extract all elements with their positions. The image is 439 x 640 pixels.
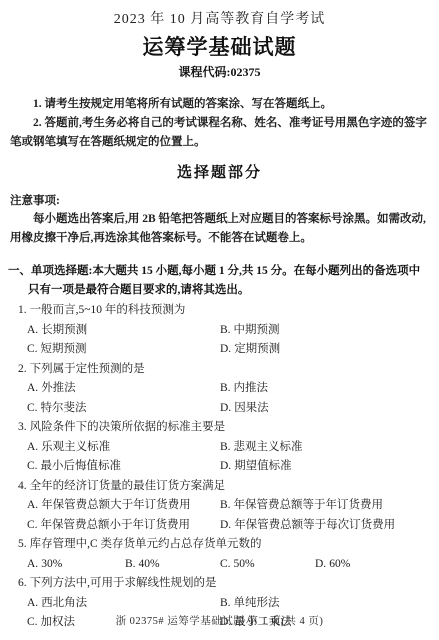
option-text: 乐观主义标准 [41, 441, 110, 453]
option-text: 悲观主义标准 [234, 441, 303, 453]
option-a: A.西北角法 [27, 594, 220, 614]
option-text: 年保管费总额小于年订货费用 [41, 519, 191, 531]
option-text: 因果法 [234, 402, 269, 414]
option-text: 最小后悔值标准 [41, 460, 122, 472]
question-text: 下列属于定性预测的是 [30, 363, 145, 375]
option-label: C. [27, 460, 38, 472]
option-label: A. [27, 558, 38, 570]
option-text: 西北角法 [41, 597, 87, 609]
question-number: 1. [18, 304, 27, 316]
option-label: C. [27, 519, 38, 531]
option-grid: A.30% B.40% C.50% D.60% [0, 555, 439, 575]
question-number: 6. [18, 577, 27, 589]
question-stem: 6.下列方法中,可用于求解线性规划的是 [0, 574, 439, 594]
question-stem: 2.下列属于定性预测的是 [0, 360, 439, 380]
notice-body: 每小题选出答案后,用 2B 铅笔把答题纸上对应题目的答案标号涂黑。如需改动,用橡… [0, 210, 439, 248]
question-stem: 3.风险条件下的决策所依据的标准主要是 [0, 418, 439, 438]
option-label: A. [27, 382, 38, 394]
option-label: B. [125, 558, 136, 570]
paper-title: 运筹学基础试题 [0, 35, 439, 60]
option-label: B. [220, 597, 231, 609]
question-1: 1.一般而言,5~10 年的科技预测为 A.长期预测 B.中期预测 C.短期预测… [0, 301, 439, 360]
option-text: 年保管费总额大于年订货费用 [41, 499, 191, 511]
option-c: C.最小后悔值标准 [27, 457, 220, 477]
option-text: 30% [41, 558, 62, 570]
course-code: 课程代码:02375 [0, 65, 439, 80]
question-stem: 1.一般而言,5~10 年的科技预测为 [0, 301, 439, 321]
option-label: B. [220, 499, 231, 511]
option-text: 40% [139, 558, 160, 570]
option-d: D.期望值标准 [220, 457, 439, 477]
option-b: B.单纯形法 [220, 594, 439, 614]
option-label: B. [220, 382, 231, 394]
notice-label: 注意事项: [0, 192, 439, 210]
option-label: D. [315, 558, 326, 570]
option-b: B.40% [125, 555, 220, 575]
option-label: D. [220, 402, 231, 414]
instruction-item-2: 2. 答题前,考生务必将自己的考试课程名称、姓名、准考证号用黑色字迹的签字笔或钢… [0, 114, 439, 152]
option-text: 60% [329, 558, 350, 570]
option-label: D. [220, 519, 231, 531]
option-a: A.30% [27, 555, 125, 575]
option-b: B.内推法 [220, 379, 439, 399]
option-text: 内推法 [234, 382, 269, 394]
option-b: B.年保管费总额等于年订货费用 [220, 496, 439, 516]
option-label: A. [27, 441, 38, 453]
option-d: D.年保管费总额等于每次订货费用 [220, 516, 439, 536]
question-text: 下列方法中,可用于求解线性规划的是 [30, 577, 217, 589]
question-text: 一般而言,5~10 年的科技预测为 [30, 304, 186, 316]
question-number: 3. [18, 421, 27, 433]
question-stem: 4.全年的经济订货量的最佳订货方案满足 [0, 477, 439, 497]
option-grid: A.外推法 B.内推法 C.特尔斐法 D.因果法 [0, 379, 439, 418]
option-text: 长期预测 [41, 324, 87, 336]
option-text: 年保管费总额等于每次订货费用 [234, 519, 395, 531]
question-3: 3.风险条件下的决策所依据的标准主要是 A.乐观主义标准 B.悲观主义标准 C.… [0, 418, 439, 477]
option-text: 中期预测 [234, 324, 280, 336]
option-label: A. [27, 499, 38, 511]
option-b: B.悲观主义标准 [220, 438, 439, 458]
option-text: 外推法 [41, 382, 76, 394]
page-footer: 浙 02375# 运筹学基础试题 第 1 页(共 4 页) [0, 615, 439, 629]
option-d: D.因果法 [220, 399, 439, 419]
section-heading: 选择题部分 [0, 163, 439, 183]
option-label: A. [27, 597, 38, 609]
option-text: 年保管费总额等于年订货费用 [234, 499, 384, 511]
option-grid: A.乐观主义标准 B.悲观主义标准 C.最小后悔值标准 D.期望值标准 [0, 438, 439, 477]
notice-block: 注意事项: 每小题选出答案后,用 2B 铅笔把答题纸上对应题目的答案标号涂黑。如… [0, 192, 439, 248]
option-b: B.中期预测 [220, 321, 439, 341]
option-grid: A.长期预测 B.中期预测 C.短期预测 D.定期预测 [0, 321, 439, 360]
option-a: A.年保管费总额大于年订货费用 [27, 496, 220, 516]
part-one-heading: 一、单项选择题:本大题共 15 小题,每小题 1 分,共 15 分。在每小题列出… [0, 262, 439, 300]
option-c: C.短期预测 [27, 340, 220, 360]
question-number: 5. [18, 538, 27, 550]
general-instructions: 1. 请考生按规定用笔将所有试题的答案涂、写在答题纸上。 2. 答题前,考生务必… [0, 95, 439, 152]
question-5: 5.库存管理中,C 类存货单元约占总存货单元数的 A.30% B.40% C.5… [0, 535, 439, 574]
option-label: D. [220, 460, 231, 472]
option-text: 单纯形法 [234, 597, 280, 609]
question-number: 2. [18, 363, 27, 375]
question-2: 2.下列属于定性预测的是 A.外推法 B.内推法 C.特尔斐法 D.因果法 [0, 360, 439, 419]
question-4: 4.全年的经济订货量的最佳订货方案满足 A.年保管费总额大于年订货费用 B.年保… [0, 477, 439, 536]
option-label: A. [27, 324, 38, 336]
option-c: C.50% [220, 555, 315, 575]
option-label: B. [220, 441, 231, 453]
question-text: 库存管理中,C 类存货单元约占总存货单元数的 [30, 538, 262, 550]
question-stem: 5.库存管理中,C 类存货单元约占总存货单元数的 [0, 535, 439, 555]
option-grid: A.年保管费总额大于年订货费用 B.年保管费总额等于年订货费用 C.年保管费总额… [0, 496, 439, 535]
option-d: D.60% [315, 555, 439, 575]
question-list: 1.一般而言,5~10 年的科技预测为 A.长期预测 B.中期预测 C.短期预测… [0, 301, 439, 633]
option-c: C.特尔斐法 [27, 399, 220, 419]
option-text: 定期预测 [234, 343, 280, 355]
question-text: 全年的经济订货量的最佳订货方案满足 [30, 480, 226, 492]
question-text: 风险条件下的决策所依据的标准主要是 [30, 421, 226, 433]
option-text: 特尔斐法 [41, 402, 87, 414]
option-text: 短期预测 [41, 343, 87, 355]
option-a: A.乐观主义标准 [27, 438, 220, 458]
option-a: A.长期预测 [27, 321, 220, 341]
question-number: 4. [18, 480, 27, 492]
option-label: B. [220, 324, 231, 336]
option-label: C. [220, 558, 231, 570]
option-d: D.定期预测 [220, 340, 439, 360]
option-label: C. [27, 402, 38, 414]
exam-session-line: 2023 年 10 月高等教育自学考试 [0, 11, 439, 29]
option-c: C.年保管费总额小于年订货费用 [27, 516, 220, 536]
instruction-item-1: 1. 请考生按规定用笔将所有试题的答案涂、写在答题纸上。 [0, 95, 439, 114]
option-text: 期望值标准 [234, 460, 292, 472]
option-a: A.外推法 [27, 379, 220, 399]
exam-paper-page: 2023 年 10 月高等教育自学考试 运筹学基础试题 课程代码:02375 1… [0, 0, 439, 640]
option-label: D. [220, 343, 231, 355]
option-label: C. [27, 343, 38, 355]
option-text: 50% [234, 558, 255, 570]
